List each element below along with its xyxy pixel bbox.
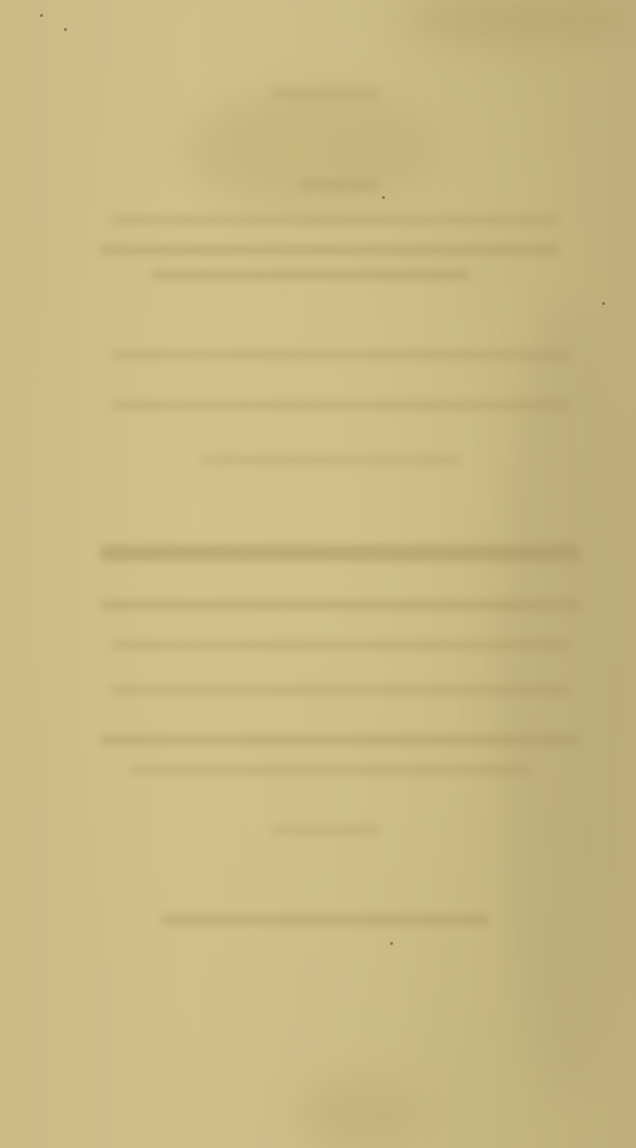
bleed-through-line (100, 545, 580, 561)
bleed-through-line (110, 685, 570, 695)
paper-stain (400, 0, 636, 40)
bleed-through-line (110, 400, 570, 410)
paper-stain (500, 300, 636, 1100)
bleed-through-line (110, 640, 570, 650)
ink-speck (390, 942, 393, 945)
bleed-through-line (130, 765, 530, 775)
bleed-through-line (270, 88, 380, 98)
bleed-through-line (160, 915, 490, 925)
ink-speck (64, 28, 67, 31)
paper-stain (180, 90, 440, 210)
bleed-through-line (110, 215, 560, 225)
bleed-through-line (100, 735, 580, 745)
ink-speck (382, 196, 385, 199)
ink-speck (40, 14, 43, 17)
bleed-through-line (110, 350, 570, 360)
paper-stain (300, 1080, 420, 1148)
bleed-through-line (100, 600, 580, 610)
bleed-through-line (300, 180, 380, 190)
ink-speck (602, 302, 605, 305)
bleed-through-line (150, 270, 470, 280)
scanned-page (0, 0, 636, 1148)
bleed-through-line (200, 455, 460, 465)
bleed-through-line (270, 825, 380, 835)
bleed-through-line (100, 245, 560, 255)
